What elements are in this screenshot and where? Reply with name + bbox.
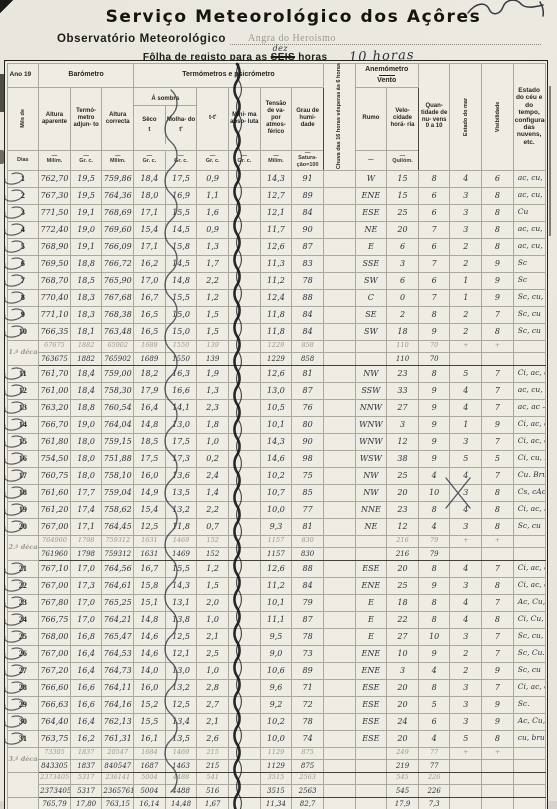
cell-grau-humidade: 89 xyxy=(292,187,324,204)
cell-tensao-vapor: 13,0 xyxy=(260,382,292,399)
sum-termometro-adjunto: 1882 xyxy=(70,340,102,352)
sum-nuvens: 79 xyxy=(418,547,450,560)
cell-tensao-vapor: 12,6 xyxy=(260,365,292,382)
cell-visibilidade: 7 xyxy=(482,645,514,662)
unit-text: Gr. c. xyxy=(167,158,196,164)
cell-nuvens: 6 xyxy=(418,204,450,221)
cell-grau-humidade: 74 xyxy=(292,730,324,747)
cell-altura-aparente: 767,00 xyxy=(39,645,71,662)
cell-t-tl: 1,8 xyxy=(197,416,229,433)
day-row: 23767,8017,0765,2515,113,12,010,179E1884… xyxy=(7,594,545,611)
cell-grau-humidade: 84 xyxy=(292,204,324,221)
sum-termometro-adjunto: 1882 xyxy=(70,352,102,365)
cell-tensao-vapor: 11,1 xyxy=(260,611,292,628)
cell-rumo: E xyxy=(355,611,387,628)
cell-molhado: 17,3 xyxy=(165,450,197,467)
cell-nuvens: 8 xyxy=(418,501,450,518)
cell-chuva xyxy=(323,433,355,450)
cell-minima xyxy=(228,560,260,577)
cell-chuva xyxy=(323,611,355,628)
cell-altura-aparente: 768,90 xyxy=(39,238,71,255)
summary-row: 761960179875931216311469152115783021679 xyxy=(7,547,545,560)
cell-seco: 16,2 xyxy=(134,255,166,272)
cell-molhado: 15,0 xyxy=(165,306,197,323)
cell-altura-aparente: 767,00 xyxy=(39,577,71,594)
sum-altura-aparente: 761960 xyxy=(39,547,71,560)
cell-minima xyxy=(228,662,260,679)
cell-estado-ceu: Ac, Cu, chuva à vista xyxy=(513,594,545,611)
cell-velocidade: 25 xyxy=(387,577,419,594)
summary-row: 1.ª década676751882659021689155013912298… xyxy=(7,340,545,352)
day-row: 22767,0017,3764,6115,814,31,511,284ENE25… xyxy=(7,577,545,594)
day-number: 17 xyxy=(7,467,39,484)
cell-visibilidade: 7 xyxy=(482,467,514,484)
cell-estado-mar: 4 xyxy=(450,594,482,611)
cell-t-tl: 2,1 xyxy=(197,628,229,645)
cell-minima xyxy=(228,679,260,696)
sum-grau-humidade: 82,7 xyxy=(292,797,324,809)
cell-altura-aparente: 761,60 xyxy=(39,484,71,501)
cell-grau-humidade: 80 xyxy=(292,416,324,433)
cell-minima xyxy=(228,696,260,713)
col-minima-header: Míni- ma abso- luta xyxy=(228,87,260,150)
sum-t-tl: 516 xyxy=(197,784,229,797)
cell-rumo: NW xyxy=(355,484,387,501)
cell-termometro-adjunto: 17,0 xyxy=(70,611,102,628)
cell-estado-ceu: Ci, ac, cu xyxy=(513,416,545,433)
summary-row: 765,7917,80763,1516,1414,481,6711,3482,7… xyxy=(7,797,545,809)
cell-estado-mar: 4 xyxy=(450,611,482,628)
cell-t-tl: 1,3 xyxy=(197,238,229,255)
cell-termometro-adjunto: 19,0 xyxy=(70,221,102,238)
cell-chuva xyxy=(323,221,355,238)
day-number: 3 xyxy=(7,204,39,221)
group-termometros: Termómetros e psicrómetro xyxy=(134,63,324,87)
day-row: 17760,7518,0758,1016,013,62,410,275NW254… xyxy=(7,467,545,484)
cell-altura-correcta: 763,48 xyxy=(102,323,134,340)
cell-rumo: SW xyxy=(355,272,387,289)
cell-velocidade: 12 xyxy=(387,433,419,450)
cell-estado-ceu: Ci, cu, Ns. chuva leve continuando xyxy=(513,450,545,467)
cell-molhado: 15,8 xyxy=(165,238,197,255)
sum-t-tl: 215 xyxy=(197,759,229,772)
sum-estado-mar xyxy=(450,784,482,797)
cell-altura-aparente: 761,00 xyxy=(39,382,71,399)
cell-minima xyxy=(228,255,260,272)
sum-altura-aparente: 765,79 xyxy=(39,797,71,809)
col-altura-correcta-header: Altura correcta xyxy=(102,87,134,150)
cell-t-tl: 2,0 xyxy=(197,594,229,611)
cell-estado-ceu: Ac, Cu, xyxy=(513,713,545,730)
day-row: 29766,6316,6764,1615,212,52,79,272ESE205… xyxy=(7,696,545,713)
cell-chuva xyxy=(323,645,355,662)
cell-seco: 14,8 xyxy=(134,416,166,433)
sum-altura-correcta: 759312 xyxy=(102,547,134,560)
cell-nuvens: 8 xyxy=(418,170,450,187)
cell-chuva xyxy=(323,187,355,204)
scanned-register-sheet: Serviço Meteorológico dos Açôres Observa… xyxy=(0,0,557,809)
cell-molhado: 15,5 xyxy=(165,204,197,221)
cell-grau-humidade: 81 xyxy=(292,365,324,382)
day-number: 18 xyxy=(7,484,39,501)
cell-estado-ceu: Sc, cu xyxy=(513,323,545,340)
sum-molhado: 1469 xyxy=(165,747,197,759)
cell-tensao-vapor: 10,5 xyxy=(260,399,292,416)
cell-t-tl: 2,6 xyxy=(197,730,229,747)
cell-grau-humidade: 88 xyxy=(292,560,324,577)
summary-row: 3.ª década733051837205471684146921511298… xyxy=(7,747,545,759)
cell-molhado: 13,2 xyxy=(165,501,197,518)
day-number: 23 xyxy=(7,594,39,611)
sum-t-tl: 152 xyxy=(197,535,229,547)
cell-velocidade: 25 xyxy=(387,204,419,221)
cell-estado-mar: 3 xyxy=(450,221,482,238)
cell-molhado: 12,5 xyxy=(165,628,197,645)
day-number: 21 xyxy=(7,560,39,577)
cell-altura-aparente: 761,70 xyxy=(39,365,71,382)
sum-estado-ceu xyxy=(513,340,545,352)
cell-velocidade: 2 xyxy=(387,306,419,323)
cell-rumo: ESE xyxy=(355,696,387,713)
cell-nuvens: 7 xyxy=(418,221,450,238)
cell-estado-ceu: Sc xyxy=(513,272,545,289)
cell-tensao-vapor: 12,4 xyxy=(260,289,292,306)
cell-seco: 14,9 xyxy=(134,484,166,501)
sum-nuvens: 226 xyxy=(418,772,450,784)
cell-rumo: WNW xyxy=(355,433,387,450)
cell-seco: 16,0 xyxy=(134,679,166,696)
cell-rumo: E xyxy=(355,628,387,645)
cell-seco: 18,2 xyxy=(134,365,166,382)
cell-nuvens: 9 xyxy=(418,450,450,467)
day-row: 21767,1017,0764,5616,715,51,212,688ESE20… xyxy=(7,560,545,577)
cell-estado-mar: 3 xyxy=(450,577,482,594)
sum-termometro-adjunto: 5317 xyxy=(70,784,102,797)
cell-altura-aparente: 766,63 xyxy=(39,696,71,713)
cell-rumo: SSE xyxy=(355,255,387,272)
day-row: 5768,9019,1766,0917,115,81,312,687E6628a… xyxy=(7,238,545,255)
observatory-fill-line: Angra do Heroismo xyxy=(230,31,541,45)
cell-estado-ceu: Ci, ac, cu xyxy=(513,577,545,594)
cell-t-tl: 1,0 xyxy=(197,433,229,450)
cell-estado-mar: 2 xyxy=(450,645,482,662)
sum-estado-ceu xyxy=(513,535,545,547)
sum-molhado: 4488 xyxy=(165,772,197,784)
sum-velocidade: 545 xyxy=(387,772,419,784)
corner-ano: Ano 19 xyxy=(7,63,39,87)
cell-t-tl: 2,7 xyxy=(197,696,229,713)
cell-nuvens: 9 xyxy=(418,382,450,399)
unit-t-tl: —Gr. c. xyxy=(197,150,229,170)
cell-rumo: WNW xyxy=(355,416,387,433)
sum-termometro-adjunto: 1837 xyxy=(70,747,102,759)
cell-altura-correcta: 764,11 xyxy=(102,679,134,696)
sum-visibilidade xyxy=(482,772,514,784)
cell-tensao-vapor: 10,7 xyxy=(260,484,292,501)
day-row: 15761,8018,0759,1518,517,51,014,390WNW12… xyxy=(7,433,545,450)
summary-row: 2373405531723657615004448851635152563545… xyxy=(7,784,545,797)
col-velocidade-header: Velo- cidade horá- ria xyxy=(387,87,419,150)
sum-estado-mar: + xyxy=(450,535,482,547)
sum-termometro-adjunto: 5317 xyxy=(70,772,102,784)
cell-visibilidade: 8 xyxy=(482,611,514,628)
cell-rumo: NNE xyxy=(355,501,387,518)
sum-rumo xyxy=(355,772,387,784)
sum-estado-ceu xyxy=(513,747,545,759)
col-chuva-header: Chuva das 16 horas vésperas às 6 horas xyxy=(323,63,355,170)
cell-grau-humidade: 85 xyxy=(292,484,324,501)
unit-text: Gr. c. xyxy=(72,158,101,164)
cell-t-tl: 1,5 xyxy=(197,306,229,323)
cell-grau-humidade: 91 xyxy=(292,170,324,187)
cell-nuvens: 6 xyxy=(418,272,450,289)
cell-minima xyxy=(228,365,260,382)
cell-rumo: NW xyxy=(355,467,387,484)
cell-altura-correcta: 767,68 xyxy=(102,289,134,306)
cell-estado-ceu: Sc, cu xyxy=(513,306,545,323)
cell-grau-humidade: 84 xyxy=(292,323,324,340)
cell-altura-aparente: 767,10 xyxy=(39,560,71,577)
col-t-tl-header: t-t' xyxy=(197,87,229,150)
sum-rumo xyxy=(355,535,387,547)
cell-tensao-vapor: 11,2 xyxy=(260,577,292,594)
group-barometro: Barómetro xyxy=(39,63,134,87)
cell-estado-ceu: ac, ac — chuvisco fraco de chuva xyxy=(513,399,545,416)
cell-velocidade: 18 xyxy=(387,323,419,340)
cell-minima xyxy=(228,501,260,518)
cell-chuva xyxy=(323,323,355,340)
cell-visibilidade: 8 xyxy=(482,501,514,518)
cell-termometro-adjunto: 18,1 xyxy=(70,323,102,340)
group-a-sombra-label: Á sombra xyxy=(134,93,196,106)
sum-chuva xyxy=(323,747,355,759)
summary-row: 2.ª década764960179875931216311469152115… xyxy=(7,535,545,547)
summary-row: 843305183784054716871463215112987521977 xyxy=(7,759,545,772)
cell-molhado: 14,5 xyxy=(165,255,197,272)
sum-tensao-vapor: 1157 xyxy=(260,535,292,547)
sum-visibilidade xyxy=(482,547,514,560)
cell-termometro-adjunto: 19,1 xyxy=(70,238,102,255)
cell-estado-mar: 2 xyxy=(450,306,482,323)
cell-visibilidade: 7 xyxy=(482,628,514,645)
cell-altura-aparente: 767,20 xyxy=(39,662,71,679)
day-number: 30 xyxy=(7,713,39,730)
sum-estado-ceu xyxy=(513,352,545,365)
cell-t-tl: 1,4 xyxy=(197,484,229,501)
cell-estado-mar: 3 xyxy=(450,187,482,204)
cell-altura-correcta: 764,21 xyxy=(102,611,134,628)
cell-tensao-vapor: 9,3 xyxy=(260,518,292,535)
cell-visibilidade: 8 xyxy=(482,518,514,535)
col-grau-humidade-header: Grau de humi- dade xyxy=(292,87,324,150)
cell-seco: 16,7 xyxy=(134,289,166,306)
cell-visibilidade: 9 xyxy=(482,272,514,289)
cell-tensao-vapor: 10,6 xyxy=(260,662,292,679)
cell-rumo: ENE xyxy=(355,662,387,679)
cell-minima xyxy=(228,730,260,747)
sum-altura-correcta: 236141 xyxy=(102,772,134,784)
cell-chuva xyxy=(323,255,355,272)
cell-t-tl: 1,3 xyxy=(197,382,229,399)
cell-t-tl: 1,2 xyxy=(197,289,229,306)
cell-nuvens: 9 xyxy=(418,323,450,340)
cell-altura-aparente: 763,75 xyxy=(39,730,71,747)
day-number: 13 xyxy=(7,399,39,416)
day-row: 6769,5018,8766,7216,214,51,711,383SSE372… xyxy=(7,255,545,272)
cell-termometro-adjunto: 18,3 xyxy=(70,289,102,306)
cell-grau-humidade: 90 xyxy=(292,221,324,238)
cell-estado-ceu: ac, cu, chuva à vista xyxy=(513,187,545,204)
day-number: 24 xyxy=(7,611,39,628)
sum-estado-mar xyxy=(450,797,482,809)
sum-velocidade: 249 xyxy=(387,747,419,759)
sum-rumo xyxy=(355,340,387,352)
sum-grau-humidade: 2563 xyxy=(292,784,324,797)
sum-minima xyxy=(228,340,260,352)
sum-estado-mar xyxy=(450,547,482,560)
cell-rumo: NE xyxy=(355,518,387,535)
decade-label: 1.ª década xyxy=(7,340,39,365)
cell-estado-mar: 4 xyxy=(450,399,482,416)
sum-velocidade: 17,9 xyxy=(387,797,419,809)
cell-tensao-vapor: 10,2 xyxy=(260,467,292,484)
sum-visibilidade: + xyxy=(482,747,514,759)
cell-tensao-vapor: 10,2 xyxy=(260,713,292,730)
col-rumo-header: Rumo xyxy=(355,87,387,150)
cell-rumo: WSW xyxy=(355,450,387,467)
cell-minima xyxy=(228,594,260,611)
cell-altura-aparente: 767,00 xyxy=(39,518,71,535)
sum-altura-correcta: 763,15 xyxy=(102,797,134,809)
cell-tensao-vapor: 9,2 xyxy=(260,696,292,713)
cell-t-tl: 2,1 xyxy=(197,713,229,730)
cell-velocidade: 24 xyxy=(387,713,419,730)
scan-edge-line xyxy=(549,86,551,236)
cell-tensao-vapor: 10,1 xyxy=(260,416,292,433)
cell-minima xyxy=(228,467,260,484)
cell-seco: 16,5 xyxy=(134,306,166,323)
cell-altura-aparente: 768,00 xyxy=(39,628,71,645)
cell-altura-correcta: 764,56 xyxy=(102,560,134,577)
sum-chuva xyxy=(323,759,355,772)
cell-altura-correcta: 761,31 xyxy=(102,730,134,747)
cell-chuva xyxy=(323,713,355,730)
cell-termometro-adjunto: 17,1 xyxy=(70,518,102,535)
cell-estado-ceu: Ci, Cu, bb, tempo de chuviscos leves de … xyxy=(513,611,545,628)
sum-altura-correcta: 2365761 xyxy=(102,784,134,797)
sum-tensao-vapor: 3515 xyxy=(260,784,292,797)
cell-nuvens: 9 xyxy=(418,645,450,662)
cell-termometro-adjunto: 17,4 xyxy=(70,501,102,518)
cell-altura-correcta: 764,36 xyxy=(102,187,134,204)
day-number: 28 xyxy=(7,679,39,696)
cell-estado-ceu: Sc, Cu. xyxy=(513,645,545,662)
cell-altura-aparente: 766,35 xyxy=(39,323,71,340)
cell-termometro-adjunto: 19,1 xyxy=(70,204,102,221)
sum-grau-humidade: 2563 xyxy=(292,772,324,784)
cell-molhado: 14,8 xyxy=(165,272,197,289)
cell-seco: 17,0 xyxy=(134,272,166,289)
decade-label: 3.ª década xyxy=(7,747,39,772)
cell-estado-ceu: ac, cu, chuviscos leves de chuva, arco-í… xyxy=(513,221,545,238)
sum-molhado: 1550 xyxy=(165,352,197,365)
cell-tensao-vapor: 11,8 xyxy=(260,306,292,323)
unit-text: Gr. c. xyxy=(135,158,164,164)
day-number: 12 xyxy=(7,382,39,399)
cell-altura-correcta: 760,54 xyxy=(102,399,134,416)
cell-molhado: 13,5 xyxy=(165,484,197,501)
handwritten-correction: dez xyxy=(273,44,288,53)
decade-label xyxy=(7,772,39,797)
cell-tensao-vapor: 11,2 xyxy=(260,272,292,289)
cell-nuvens: 6 xyxy=(418,238,450,255)
cell-termometro-adjunto: 16,4 xyxy=(70,713,102,730)
cell-visibilidade: 8 xyxy=(482,323,514,340)
cell-t-tl: 0,9 xyxy=(197,221,229,238)
sum-altura-correcta: 20547 xyxy=(102,747,134,759)
observatory-label: Observatório Meteorológico xyxy=(57,33,226,45)
cell-tensao-vapor: 11,3 xyxy=(260,255,292,272)
cell-visibilidade: 8 xyxy=(482,484,514,501)
cell-minima xyxy=(228,170,260,187)
unit-altura-aparente: —Milím. xyxy=(39,150,71,170)
cell-estado-mar: 4 xyxy=(450,467,482,484)
cell-termometro-adjunto: 18,0 xyxy=(70,467,102,484)
cell-molhado: 16,9 xyxy=(165,187,197,204)
cell-velocidade: 38 xyxy=(387,450,419,467)
cell-chuva xyxy=(323,501,355,518)
cell-rumo: E xyxy=(355,594,387,611)
sum-chuva xyxy=(323,352,355,365)
unit-text: Satura- ção=100 xyxy=(293,155,322,168)
cell-chuva xyxy=(323,467,355,484)
cell-molhado: 13,2 xyxy=(165,679,197,696)
cell-t-tl: 1,0 xyxy=(197,662,229,679)
cell-velocidade: 25 xyxy=(387,467,419,484)
sum-minima xyxy=(228,784,260,797)
sum-minima xyxy=(228,797,260,809)
cell-rumo: C xyxy=(355,289,387,306)
cell-velocidade: 20 xyxy=(387,679,419,696)
cell-visibilidade: 8 xyxy=(482,221,514,238)
cell-velocidade: 23 xyxy=(387,365,419,382)
sum-grau-humidade: 858 xyxy=(292,340,324,352)
cell-estado-ceu: Sc, cu, chuva fraca intermitente xyxy=(513,628,545,645)
cell-seco: 17,5 xyxy=(134,450,166,467)
cell-t-tl: 2,2 xyxy=(197,501,229,518)
sum-visibilidade xyxy=(482,352,514,365)
sum-estado-ceu xyxy=(513,547,545,560)
col-termometro-adjunto-header: Termó- metro adjun- to xyxy=(70,87,102,150)
cell-estado-mar: 2 xyxy=(450,662,482,679)
day-number: 20 xyxy=(7,518,39,535)
cell-visibilidade: 9 xyxy=(482,696,514,713)
cell-termometro-adjunto: 18,3 xyxy=(70,306,102,323)
cell-altura-correcta: 765,47 xyxy=(102,628,134,645)
cell-seco: 16,4 xyxy=(134,399,166,416)
sum-rumo xyxy=(355,547,387,560)
cell-nuvens: 9 xyxy=(418,577,450,594)
cell-grau-humidade: 98 xyxy=(292,450,324,467)
sum-altura-aparente: 2373405 xyxy=(39,784,71,797)
cell-nuvens: 9 xyxy=(418,416,450,433)
cell-t-tl: 0,7 xyxy=(197,518,229,535)
cell-visibilidade: 7 xyxy=(482,560,514,577)
cell-molhado: 12,5 xyxy=(165,696,197,713)
day-row: 14766,7019,0764,0414,813,01,810,180WNW39… xyxy=(7,416,545,433)
register-table: Ano 19BarómetroTermómetros e psicrómetro… xyxy=(7,63,546,809)
cell-altura-correcta: 759,04 xyxy=(102,484,134,501)
